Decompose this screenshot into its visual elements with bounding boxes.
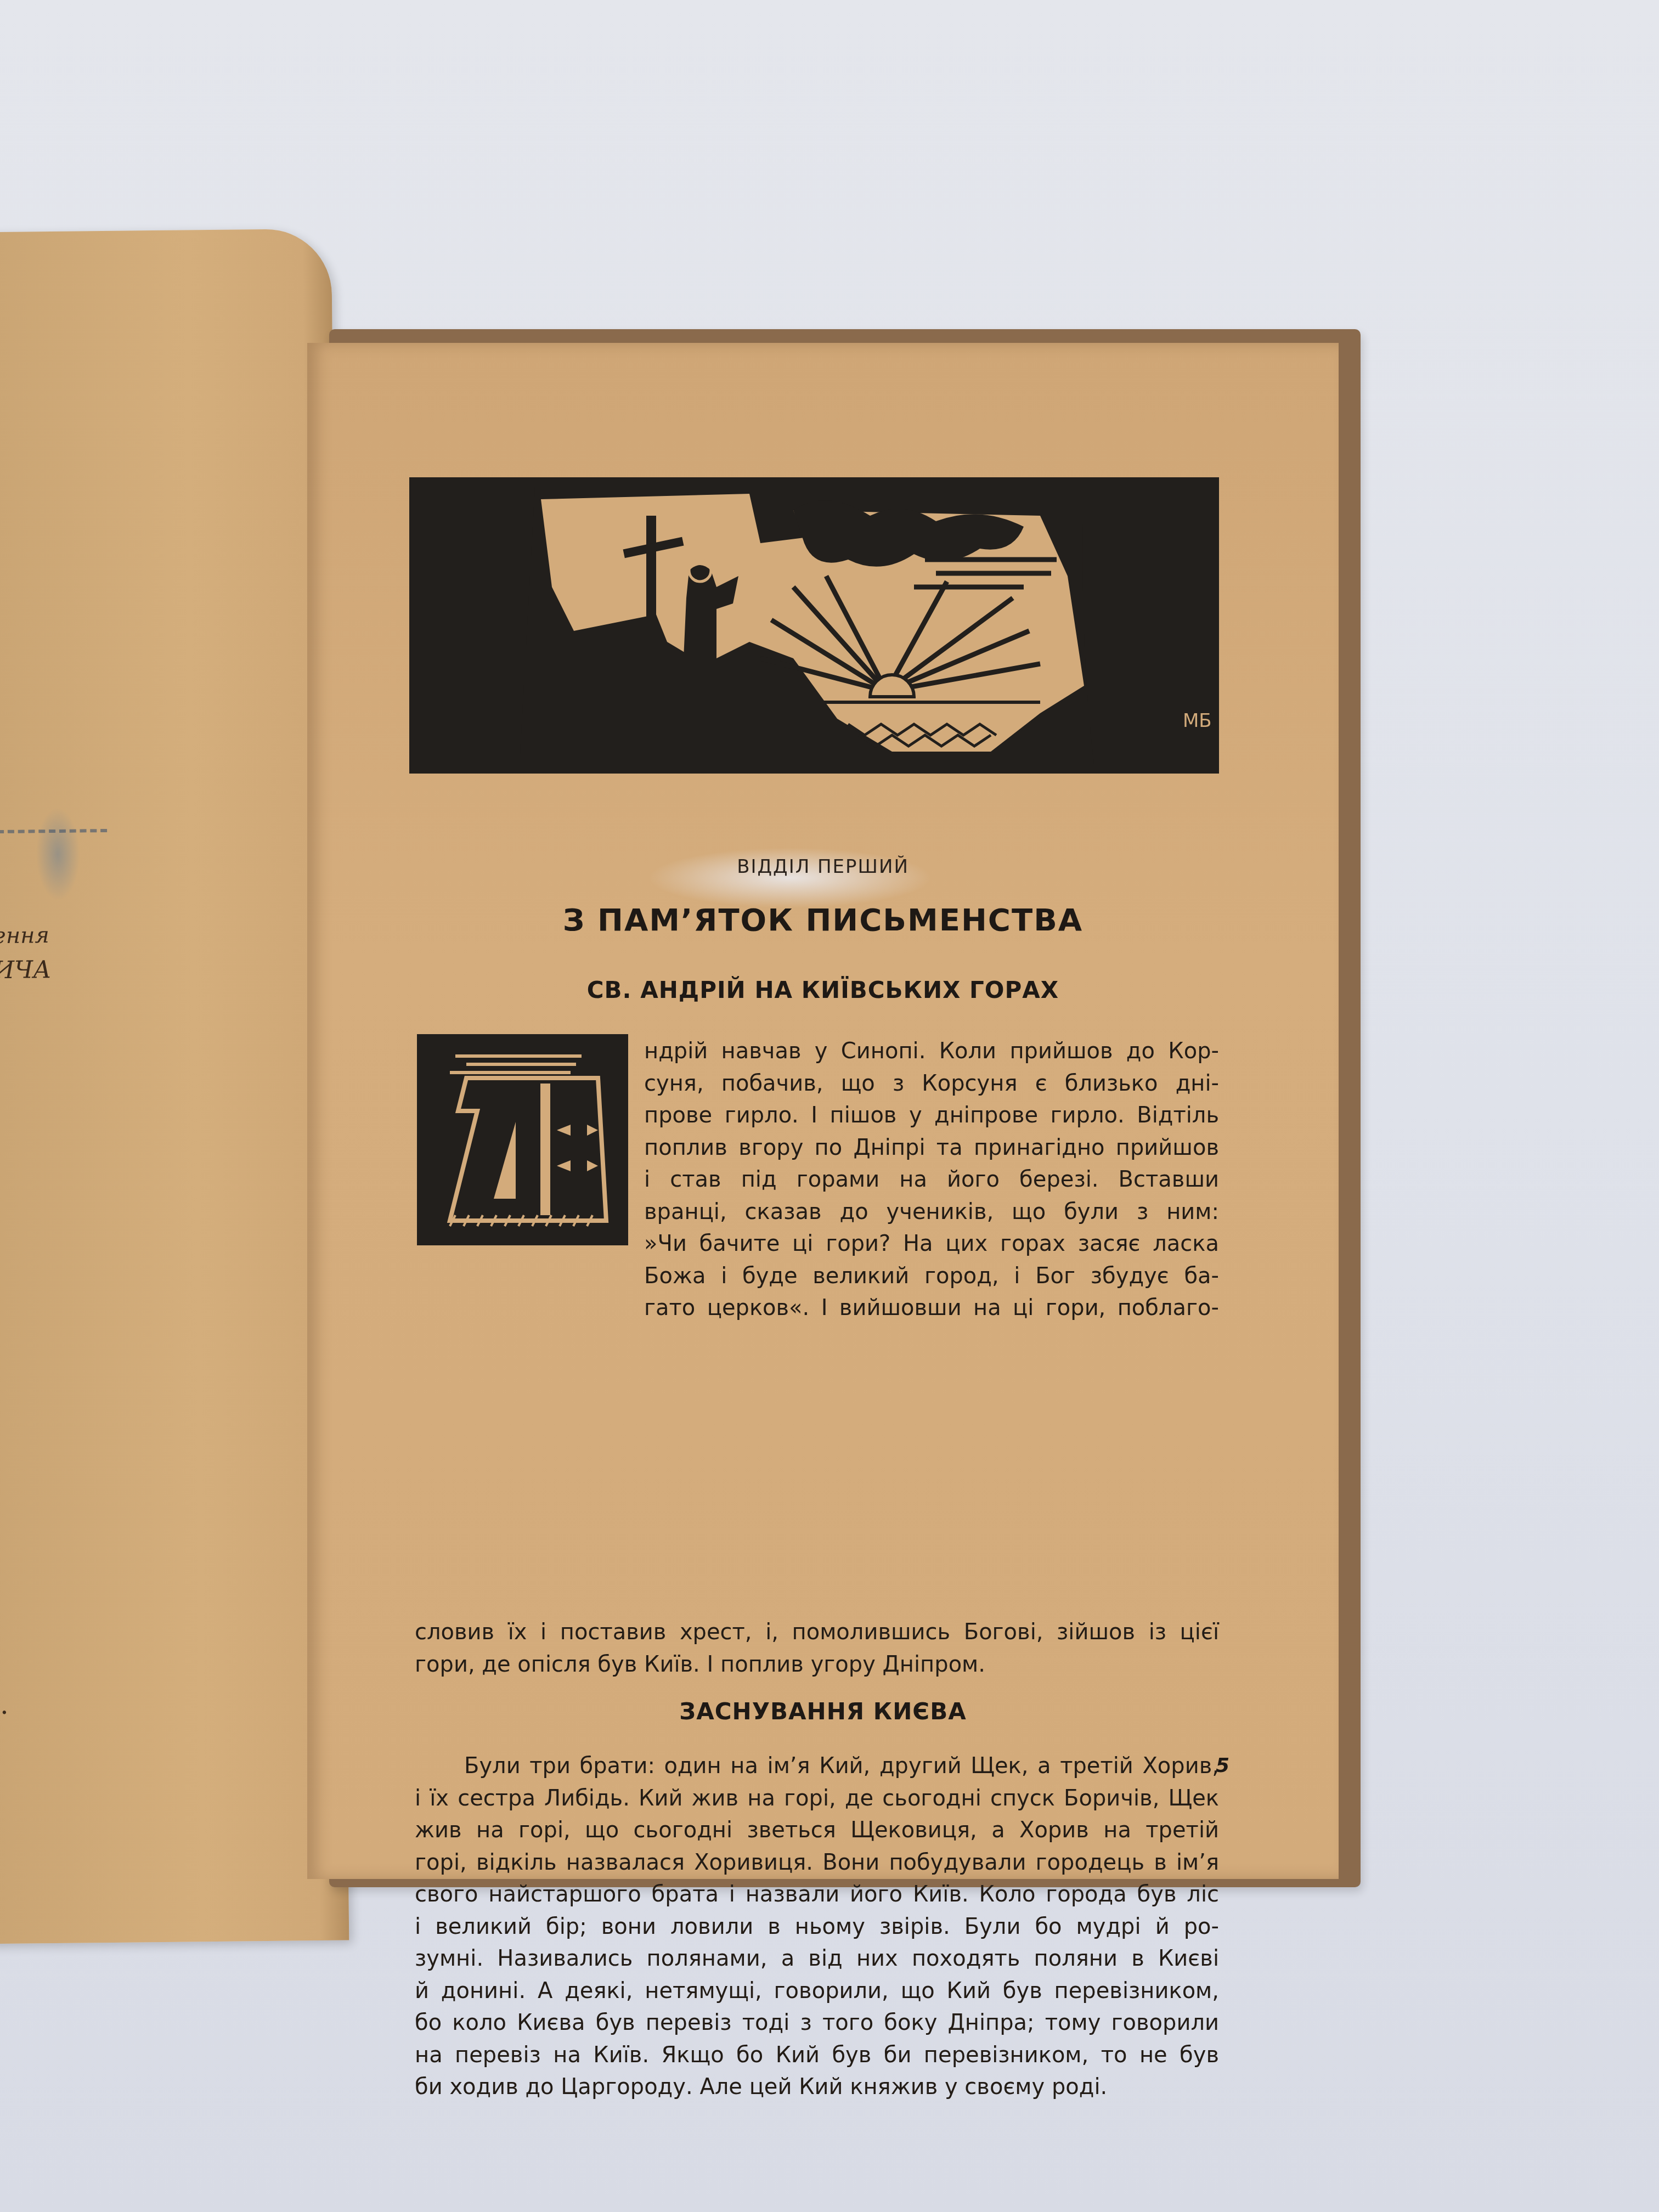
story1-paragraph-full-width: словив їх і поставив хрест, і, помоливши…: [415, 1616, 1219, 1680]
text-line: словив їх і поставив хрест, і, помоливши…: [415, 1616, 1219, 1649]
text-line: »Чи бачите ці гори? На цих горах засяє л…: [644, 1228, 1219, 1260]
text-line: би ходив до Царгороду. Але цей Кий княжи…: [415, 2071, 1219, 2103]
left-page: ення ИЧА .: [0, 229, 349, 1944]
text-line: на перевіз на Київ. Якщо бо Кий був би п…: [415, 2039, 1219, 2072]
text-line: й донині. А деякі, нетямущі, говорили, щ…: [415, 1975, 1219, 2007]
story2-title: ЗАСНУВАННЯ КИЄВА: [307, 1698, 1339, 1725]
text-line: і їх сестра Либідь. Кий жив на горі, де …: [415, 1782, 1219, 1815]
ink-stain: [36, 807, 81, 901]
text-line: поплив вгору по Дніпрі та принагідно при…: [644, 1132, 1219, 1164]
text-line: Були три брати: один на ім’я Кий, другий…: [415, 1750, 1219, 1782]
dropcap-letter-a-icon: [417, 1034, 628, 1245]
text-line: і став під горами на його березі. Вставш…: [644, 1164, 1219, 1196]
dropcap-initial: [417, 1034, 628, 1245]
text-line: бо коло Києва був перевіз тоді з того бо…: [415, 2007, 1219, 2039]
left-page-text-fragment: ИЧА: [0, 956, 52, 984]
page-number: 5: [1216, 1754, 1229, 1777]
text-line: вранці, сказав до учеників, що були з ни…: [644, 1196, 1219, 1228]
text-line: і великий бір; вони ловили в ньому звірі…: [415, 1911, 1219, 1943]
text-line: прове гирло. І пішов у дніпрове гирло. В…: [644, 1099, 1219, 1132]
text-line: жив на горі, що сьогодні зветься Щековиц…: [415, 1814, 1219, 1847]
sunrise-woodcut-icon: МБ: [409, 477, 1219, 774]
text-line: гато церков«. І вийшовши на ці гори, поб…: [644, 1292, 1219, 1324]
woodcut-illustration: МБ: [409, 477, 1219, 774]
left-page-text-fragment: .: [1, 1697, 8, 1719]
story2-paragraph: Були три брати: один на ім’я Кий, другий…: [415, 1750, 1219, 2103]
section-label: ВІДДІЛ ПЕРШИЙ: [307, 856, 1339, 878]
text-line: свого найстаршого брата і назвали його К…: [415, 1878, 1219, 1911]
text-line: ндрій навчав у Синопі. Коли прийшов до К…: [644, 1035, 1219, 1068]
right-page: МБ ВІДДІЛ ПЕРШИЙ З ПАМ’ЯТОК ПИСЬМЕНСТВА …: [307, 343, 1339, 1879]
pen-mark: [0, 829, 107, 840]
main-title: З ПАМ’ЯТОК ПИСЬМЕНСТВА: [307, 902, 1339, 938]
text-line: суня, побачив, що з Корсуня є близько дн…: [644, 1068, 1219, 1100]
left-page-text-fragment: ення: [0, 923, 49, 949]
story1-paragraph-beside-dropcap: ндрій навчав у Синопі. Коли прийшов до К…: [644, 1035, 1219, 1324]
text-line: Божа і буде великий город, і Бог збудує …: [644, 1260, 1219, 1293]
svg-text:МБ: МБ: [1183, 710, 1212, 732]
text-line: горі, відкіль назвалася Хоривиця. Вони п…: [415, 1847, 1219, 1879]
story1-title: СВ. АНДРІЙ НА КИЇВСЬКИХ ГОРАХ: [307, 977, 1339, 1003]
text-line: зумні. Називались полянами, а від них по…: [415, 1943, 1219, 1975]
text-line: гори, де опісля був Київ. І поплив угору…: [415, 1649, 1219, 1681]
